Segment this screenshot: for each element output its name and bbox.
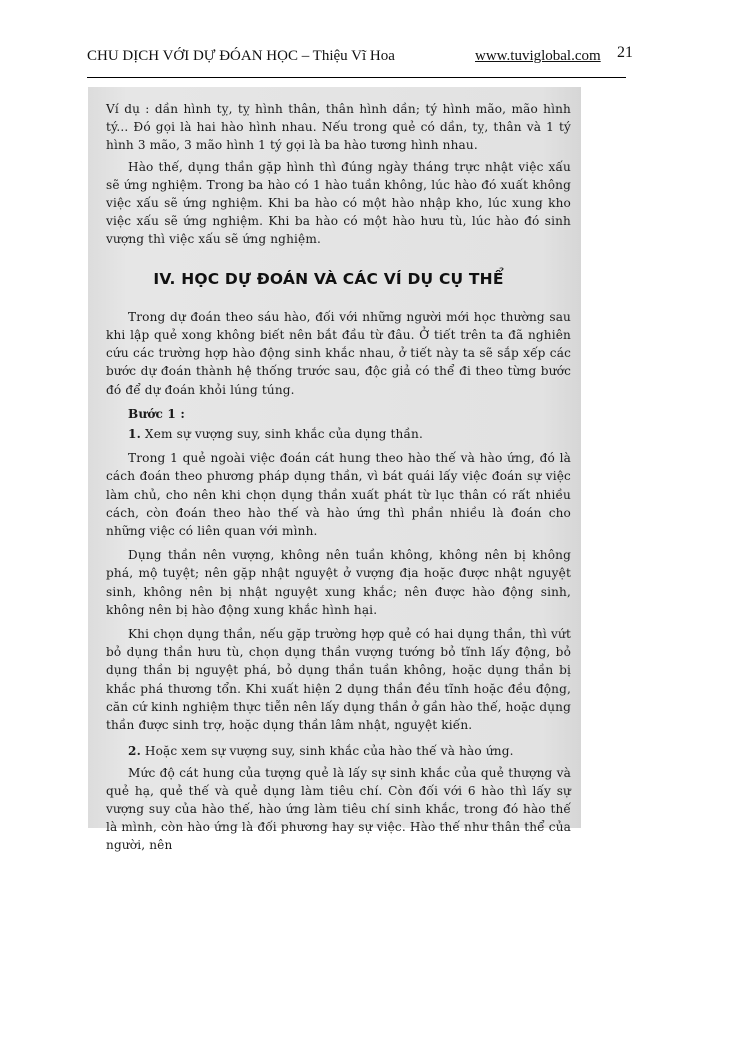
scanned-page-image: Ví dụ : dần hình tỵ, tỵ hình thân, thân … — [88, 87, 581, 828]
paragraph-muc-do-cat-hung: Mức độ cát hung của tượng quẻ là lấy sự … — [106, 764, 571, 855]
paragraph-example: Ví dụ : dần hình tỵ, tỵ hình thân, thân … — [106, 100, 571, 155]
subheading-2: 2. Hoặc xem sự vượng suy, sinh khắc của … — [106, 742, 571, 760]
website-link[interactable]: www.tuviglobal.com — [475, 48, 601, 65]
page-header: CHU DỊCH VỚI DỰ ĐÓAN HỌC – Thiệu Vĩ Hoa … — [87, 44, 632, 78]
header-book-title: CHU DỊCH VỚI DỰ ĐÓAN HỌC – Thiệu Vĩ Hoa — [87, 48, 395, 65]
subheading-2-number: 2. — [128, 744, 141, 758]
section-heading: IV. HỌC DỰ ĐOÁN VÀ CÁC VÍ DỤ CỤ THỂ — [106, 270, 571, 288]
step-label: Bước 1 : — [106, 405, 571, 423]
paragraph-dung-than-method: Trong 1 quẻ ngoài việc đoán cát hung the… — [106, 449, 571, 540]
subheading-1: 1. Xem sự vượng suy, sinh khắc của dụng … — [106, 425, 571, 443]
subheading-2-text: Hoặc xem sự vượng suy, sinh khắc của hào… — [141, 744, 514, 758]
paragraph-dung-than-vuong: Dụng thần nên vượng, không nên tuần khôn… — [106, 546, 571, 619]
paragraph-hao-the: Hào thế, dụng thần gặp hình thì đúng ngà… — [106, 158, 571, 249]
page-number: 21 — [617, 44, 633, 62]
subheading-1-text: Xem sự vượng suy, sinh khắc của dụng thầ… — [141, 427, 423, 441]
paragraph-chon-dung-than: Khi chọn dụng thần, nếu gặp trường hợp q… — [106, 625, 571, 734]
subheading-1-number: 1. — [128, 427, 141, 441]
header-divider — [87, 77, 626, 78]
paragraph-intro: Trong dự đoán theo sáu hào, đối với nhữn… — [106, 308, 571, 399]
